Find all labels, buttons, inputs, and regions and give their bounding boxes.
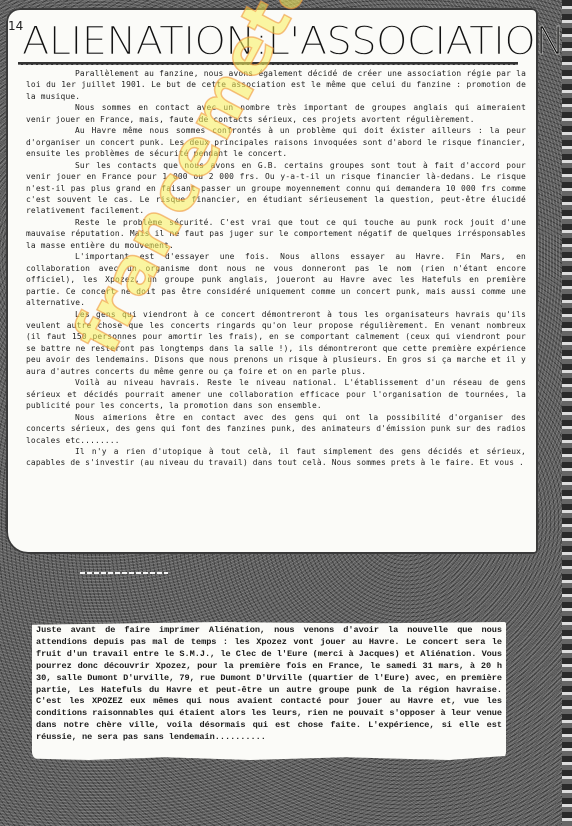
decorative-dash-line bbox=[80, 572, 168, 574]
concert-notice: Juste avant de faire imprimer Aliénation… bbox=[36, 625, 502, 744]
article-paragraph: Voilà au niveau havrais. Reste le niveau… bbox=[26, 377, 526, 411]
adjacent-page-edge bbox=[562, 0, 572, 826]
article-body: Parallèlement au fanzine, nous avons éga… bbox=[26, 68, 526, 469]
notice-text: Juste avant de faire imprimer Aliénation… bbox=[36, 625, 502, 744]
page-number: 14 bbox=[8, 19, 23, 33]
article-paragraph: Reste le problème sécurité. C'est vrai q… bbox=[26, 217, 526, 251]
article-paragraph: Au Havre même nous sommes confrontés à u… bbox=[26, 125, 526, 159]
article-paragraph: Nous sommes en contact avec un nombre tr… bbox=[26, 102, 526, 125]
article-paragraph: Sur les contacts que nous avons en G.B. … bbox=[26, 160, 526, 217]
article-paragraph: Nous aimerions être en contact avec des … bbox=[26, 412, 526, 446]
title-underline bbox=[18, 62, 518, 65]
article-paragraph: Les gens qui viendront à ce concert démo… bbox=[26, 309, 526, 378]
page-title: ALIENATION:L'ASSOCIATION bbox=[22, 18, 558, 64]
article-paragraph: L'important est d'essayer une fois. Nous… bbox=[26, 251, 526, 308]
article-paragraph: Parallèlement au fanzine, nous avons éga… bbox=[26, 68, 526, 102]
article-paragraph: Il n'y a rien d'utopique à tout celà, il… bbox=[26, 446, 526, 469]
